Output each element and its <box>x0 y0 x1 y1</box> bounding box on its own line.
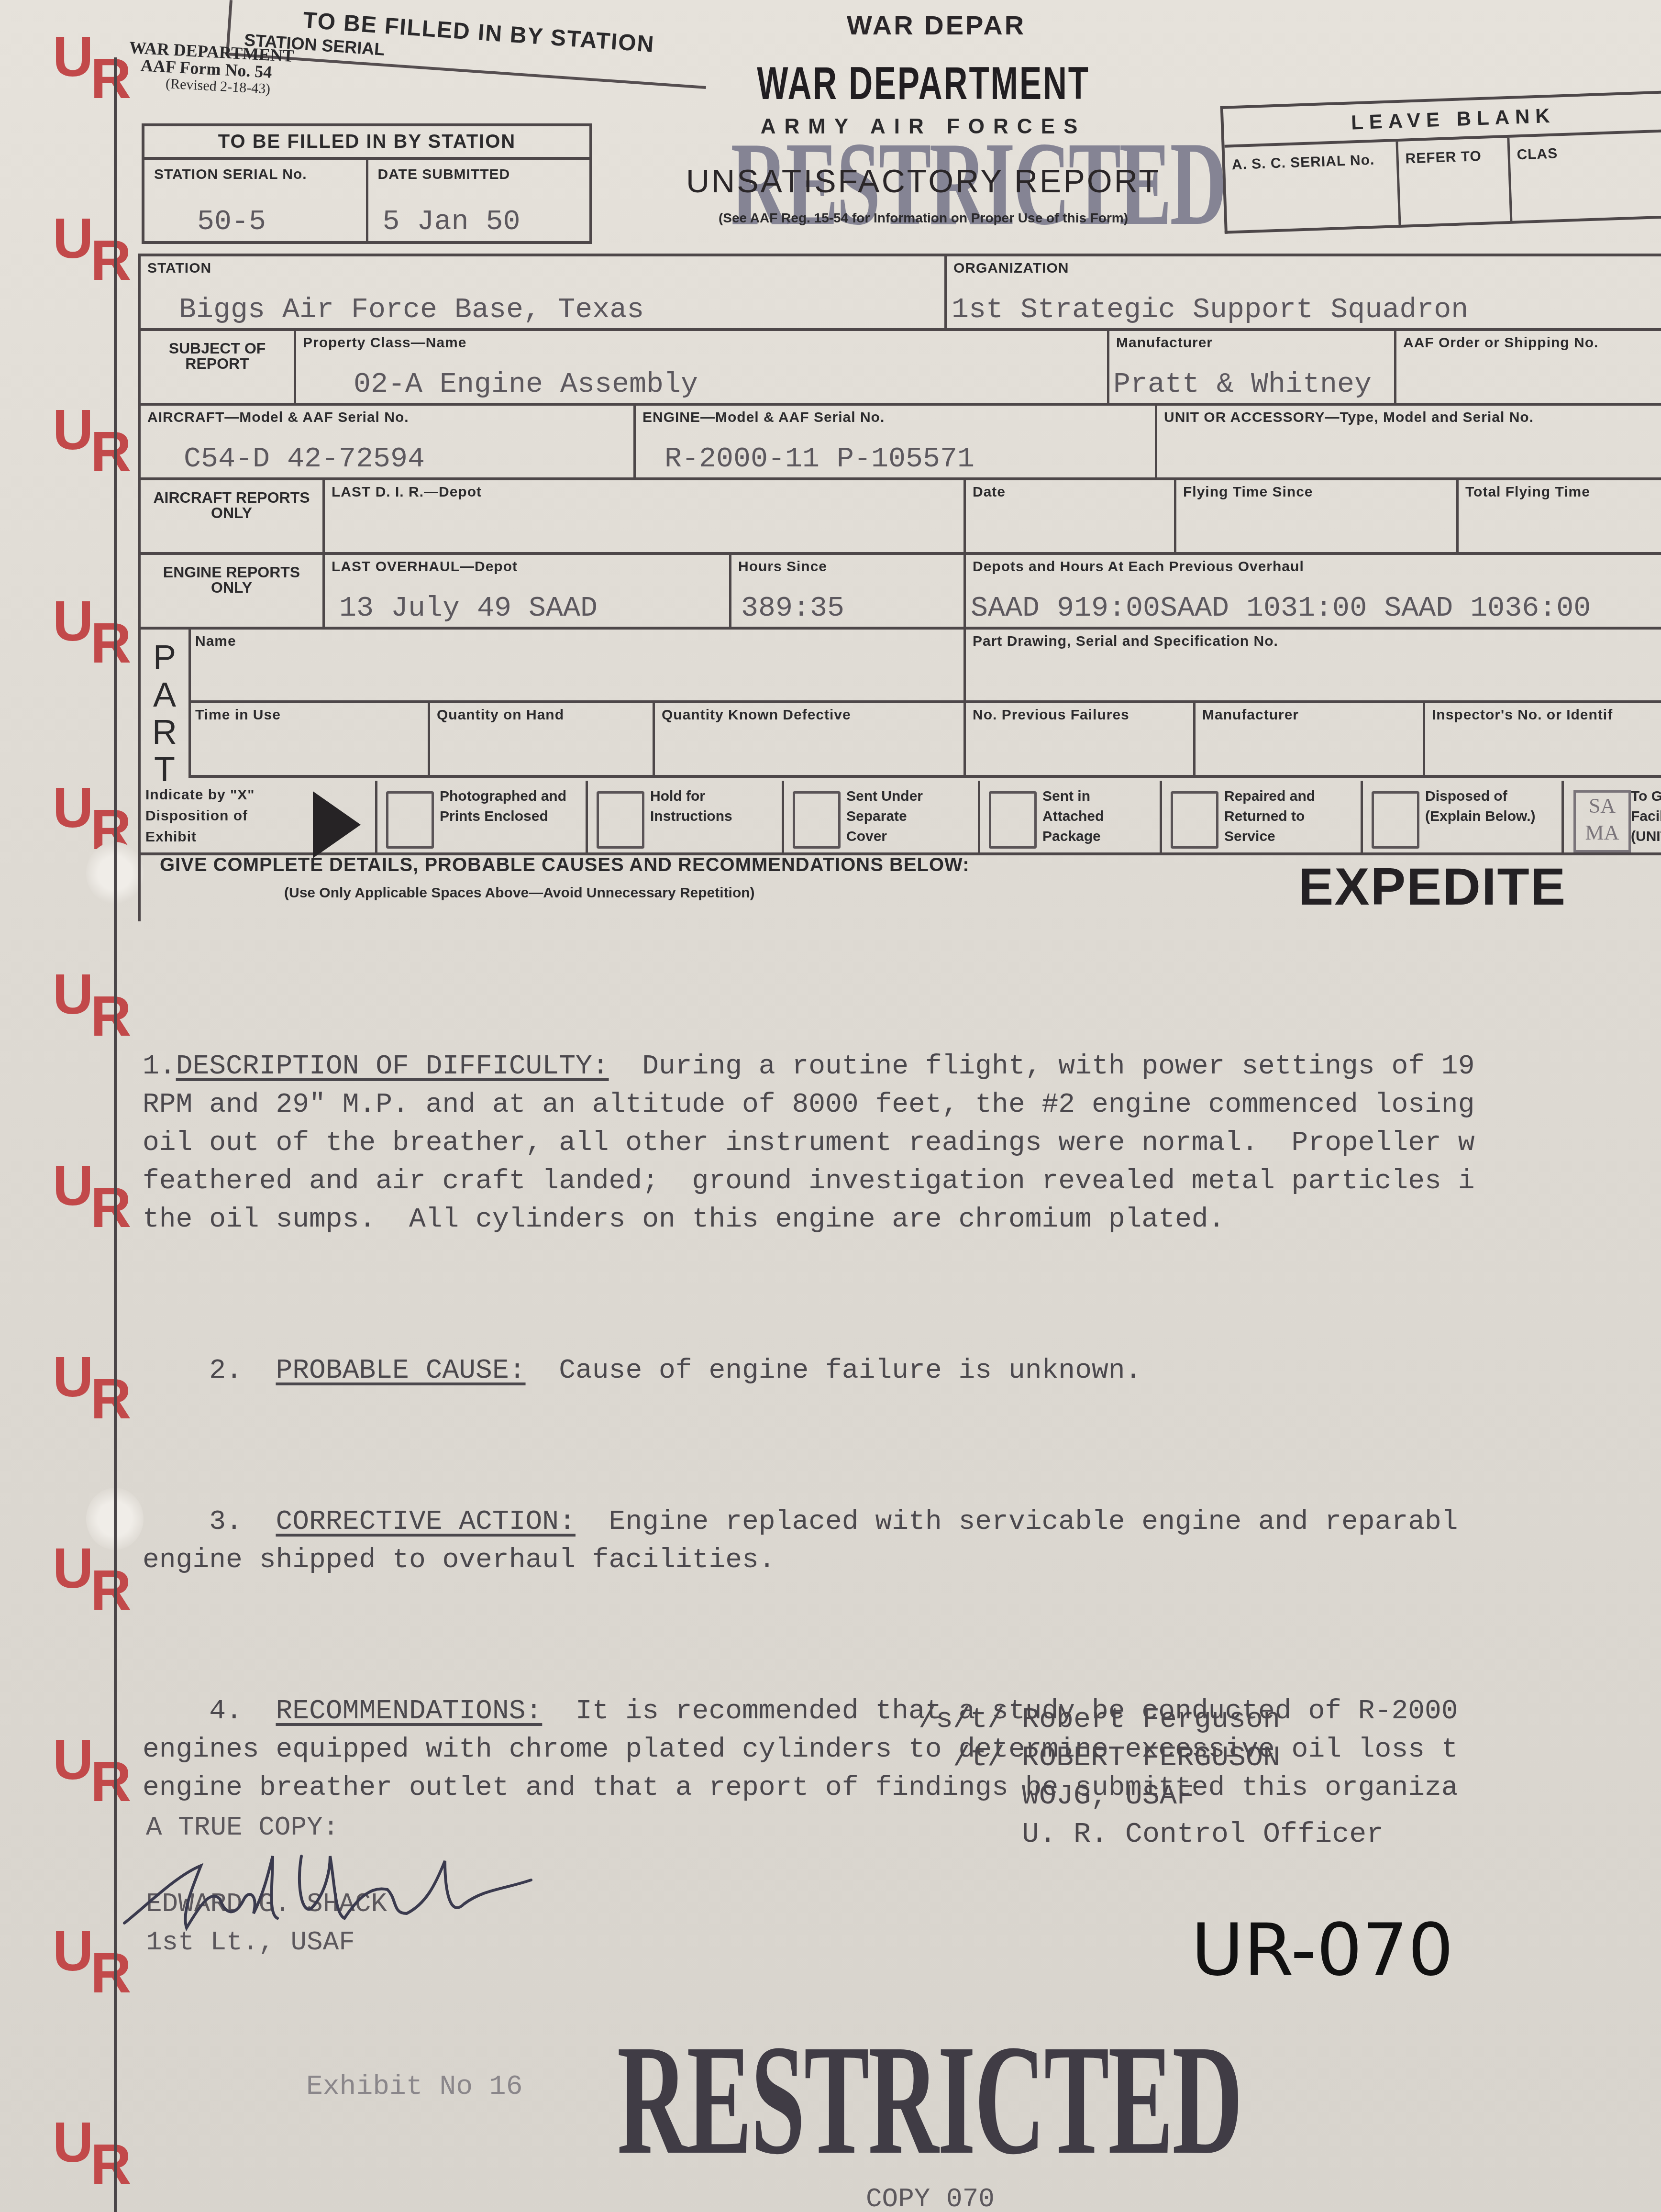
paragraph-corrective-action: 3. CORRECTIVE ACTION: Engine replaced wi… <box>143 1503 1661 1580</box>
description-heading: DESCRIPTION OF DIFFICULTY: <box>176 1051 609 1082</box>
title-department: WAR DEPARTMENT <box>713 57 1133 110</box>
asc-serial-field[interactable]: A. S. C. SERIAL No. <box>1225 142 1399 231</box>
form-row-aircraft-reports: AIRCRAFT REPORTS ONLY LAST D. I. R.—Depo… <box>141 480 1661 555</box>
form-row-station: STATION Biggs Air Force Base, Texas ORGA… <box>141 256 1661 331</box>
dir-date-field[interactable]: Date <box>963 480 1174 552</box>
form-part-section: P A R T Name Part Drawing, Serial and Sp… <box>141 630 1661 778</box>
disposition-option-label: Repaired and Returned to Service <box>1224 786 1349 847</box>
station-serial-label: STATION SERIAL No. <box>154 166 356 183</box>
signer-rank: WOJG, USAF <box>919 1780 1194 1813</box>
date-submitted-label: DATE SUBMITTED <box>378 166 580 183</box>
inspector-id-label: Inspector's No. or Identif <box>1432 707 1657 723</box>
property-class-label: Property Class—Name <box>303 335 1100 351</box>
total-flying-time-field[interactable]: Total Flying Time <box>1456 480 1661 552</box>
manufacturer-label: Manufacturer <box>1116 335 1387 351</box>
underlying-sheet-heading: WAR DEPAR <box>847 10 1026 41</box>
unit-accessory-field[interactable]: UNIT OR ACCESSORY—Type, Model and Serial… <box>1155 406 1661 477</box>
disposition-option-label: Disposed of (Explain Below.) <box>1425 786 1540 827</box>
title-report-type: UNSATISFACTORY REPORT <box>631 163 1215 200</box>
ur-mark: UR <box>53 1732 134 1788</box>
part-name-label: Name <box>195 633 957 650</box>
ur-mark: UR <box>53 966 134 1023</box>
property-class-value: 02-A Engine Assembly <box>354 368 698 401</box>
disposition-option-separate-cover[interactable]: Sent Under Separate Cover <box>782 781 978 852</box>
time-in-use-label: Time in Use <box>195 707 421 723</box>
last-overhaul-field[interactable]: LAST OVERHAUL—Depot 13 July 49 SAAD <box>322 555 729 627</box>
ur-mark: UR <box>53 1349 134 1405</box>
checkbox[interactable] <box>1372 791 1419 849</box>
handwritten-signature-icon <box>120 1847 550 1933</box>
dir-date-label: Date <box>973 484 1167 500</box>
leave-blank-box: LEAVE BLANK A. S. C. SERIAL No. REFER TO… <box>1220 90 1661 234</box>
recommendations-heading: RECOMMENDATIONS: <box>276 1696 542 1727</box>
ur-document-number: UR-070 <box>1191 1909 1453 1992</box>
property-class-field[interactable]: Property Class—Name 02-A Engine Assembly <box>294 331 1107 403</box>
form-row-part-name: Name Part Drawing, Serial and Specificat… <box>188 630 1661 703</box>
station-serial-field[interactable]: STATION SERIAL No. 50-5 <box>144 160 366 241</box>
time-in-use-field[interactable]: Time in Use <box>188 703 428 775</box>
true-copy-label: A TRUE COPY: <box>146 1812 339 1843</box>
engine-model-label: ENGINE—Model & AAF Serial No. <box>642 409 1148 426</box>
flying-time-since-label: Flying Time Since <box>1183 484 1450 500</box>
aircraft-model-label: AIRCRAFT—Model & AAF Serial No. <box>147 409 627 426</box>
disposition-option-facility[interactable]: SA MA To G Facil (UNIT <box>1561 781 1661 852</box>
quantity-defective-label: Quantity Known Defective <box>662 707 957 723</box>
inspector-id-field[interactable]: Inspector's No. or Identif <box>1423 703 1661 775</box>
aircraft-reports-only-label: AIRCRAFT REPORTS ONLY <box>141 480 322 552</box>
disposition-option-label: Hold for Instructions <box>650 786 775 827</box>
details-header: GIVE COMPLETE DETAILS, PROBABLE CAUSES A… <box>141 845 1661 917</box>
part-drawing-field[interactable]: Part Drawing, Serial and Specification N… <box>963 630 1661 700</box>
date-submitted-value: 5 Jan 50 <box>383 206 520 238</box>
corrective-action-heading: CORRECTIVE ACTION: <box>276 1506 576 1537</box>
last-dir-label: LAST D. I. R.—Depot <box>332 484 957 500</box>
ur-mark: UR <box>53 2114 134 2171</box>
paragraph-description: 1.DESCRIPTION OF DIFFICULTY: During a ro… <box>143 1048 1661 1239</box>
total-flying-time-label: Total Flying Time <box>1465 484 1657 500</box>
ur-margin-strip: UR UR UR UR UR UR UR UR UR UR UR UR <box>0 0 115 2212</box>
details-heading: GIVE COMPLETE DETAILS, PROBABLE CAUSES A… <box>160 854 969 876</box>
form-row-engine-reports: ENGINE REPORTS ONLY LAST OVERHAUL—Depot … <box>141 555 1661 630</box>
copy-number: COPY 070 <box>866 2184 995 2212</box>
hours-since-label: Hours Since <box>738 559 957 575</box>
disposition-option-photographed[interactable]: Photographed and Prints Enclosed <box>375 781 586 852</box>
form-identifier: WAR DEPARTMENT AAF Form No. 54 (Revised … <box>127 39 294 99</box>
ur-mark: UR <box>53 402 134 458</box>
margin-rule <box>114 57 117 2212</box>
organization-value: 1st Strategic Support Squadron <box>952 294 1468 326</box>
manufacturer-value: Pratt & Whitney <box>1113 368 1372 401</box>
disposition-option-label: Photographed and Prints Enclosed <box>440 786 578 827</box>
engine-reports-only-label: ENGINE REPORTS ONLY <box>141 555 322 627</box>
previous-overhauls-value: SAAD 919:00SAAD 1031:00 SAAD 1036:00 <box>971 592 1591 625</box>
station-fill-box: TO BE FILLED IN BY STATION STATION SERIA… <box>142 123 592 244</box>
last-overhaul-value: 13 July 49 SAAD <box>339 592 598 625</box>
engine-model-value: R-2000-11 P-105571 <box>664 443 974 476</box>
unit-accessory-label: UNIT OR ACCESSORY—Type, Model and Serial… <box>1164 409 1657 426</box>
refer-to-field[interactable]: REFER TO <box>1395 138 1510 225</box>
ur-mark: UR <box>53 29 134 85</box>
order-shipping-field[interactable]: AAF Order or Shipping No. <box>1394 331 1661 403</box>
part-name-field[interactable]: Name <box>188 630 963 700</box>
form-row-disposition: Indicate by "X" Disposition of Exhibit P… <box>141 781 1661 855</box>
previous-overhauls-label: Depots and Hours At Each Previous Overha… <box>973 559 1657 575</box>
quantity-on-hand-label: Quantity on Hand <box>437 707 646 723</box>
previous-overhauls-field[interactable]: Depots and Hours At Each Previous Overha… <box>963 555 1661 627</box>
exhibit-number: Exhibit No 16 <box>306 2071 522 2102</box>
aircraft-model-value: C54-D 42-72594 <box>184 443 425 476</box>
previous-failures-label: No. Previous Failures <box>973 707 1186 723</box>
part-vertical-label: P A R T <box>141 630 191 778</box>
hours-since-value: 389:35 <box>741 592 844 625</box>
flying-time-since-field[interactable]: Flying Time Since <box>1174 480 1456 552</box>
ur-mark: UR <box>53 210 134 267</box>
station-serial-value: 50-5 <box>197 206 266 238</box>
signer-name: /t/ ROBERT FERGUSON <box>919 1742 1280 1774</box>
disposition-option-repaired[interactable]: Repaired and Returned to Service <box>1160 781 1361 852</box>
engine-model-field[interactable]: ENGINE—Model & AAF Serial No. R-2000-11 … <box>633 406 1155 477</box>
organization-label: ORGANIZATION <box>953 260 1657 276</box>
form-row-part-details: Time in Use Quantity on Hand Quantity Kn… <box>188 703 1661 778</box>
station-box-header: TO BE FILLED IN BY STATION <box>144 126 589 160</box>
last-dir-field[interactable]: LAST D. I. R.—Depot <box>322 480 963 552</box>
previous-failures-field[interactable]: No. Previous Failures <box>963 703 1193 775</box>
report-form-grid: STATION Biggs Air Force Base, Texas ORGA… <box>138 254 1661 921</box>
disposition-option-disposed[interactable]: Disposed of (Explain Below.) <box>1361 781 1561 852</box>
report-title-block: WAR DEPARTMENT ARMY AIR FORCES RESTRICTE… <box>631 57 1215 239</box>
part-manufacturer-label: Manufacturer <box>1202 707 1416 723</box>
ur-mark: UR <box>53 593 134 650</box>
disposition-instruction: Indicate by "X" Disposition of Exhibit <box>141 781 375 852</box>
title-regulation-note: (See AAF Reg. 15-54 for Information on P… <box>617 210 1229 226</box>
checkbox[interactable] <box>989 791 1037 849</box>
details-subheading: (Use Only Applicable Spaces Above—Avoid … <box>284 885 755 901</box>
disposition-option-label: Sent Under Separate Cover <box>846 786 942 847</box>
manufacturer-field[interactable]: Manufacturer Pratt & Whitney <box>1107 331 1394 403</box>
signature-block: /s/t/ Robert Ferguson /t/ ROBERT FERGUSO… <box>919 1701 1384 1854</box>
subject-of-report-label: SUBJECT OF REPORT <box>141 331 294 403</box>
station-field[interactable]: STATION Biggs Air Force Base, Texas <box>141 256 944 328</box>
paragraph-probable-cause: 2. PROBABLE CAUSE: Cause of engine failu… <box>143 1352 1661 1390</box>
checkbox[interactable] <box>1171 791 1218 849</box>
disposition-option-label: To G Facil (UNIT <box>1631 786 1661 847</box>
class-field[interactable]: CLAS <box>1507 134 1621 221</box>
aircraft-model-field[interactable]: AIRCRAFT—Model & AAF Serial No. C54-D 42… <box>141 406 633 477</box>
station-label: STATION <box>147 260 938 276</box>
ur-mark: UR <box>53 780 134 836</box>
disposition-option-attached-package[interactable]: Sent in Attached Package <box>978 781 1160 852</box>
organization-field[interactable]: ORGANIZATION 1st Strategic Support Squad… <box>944 256 1661 328</box>
sama-stamp: SA MA <box>1573 790 1631 852</box>
restricted-stamp-bottom: RESTRICTED <box>617 2033 1242 2167</box>
probable-cause-heading: PROBABLE CAUSE: <box>276 1355 525 1386</box>
station-value: Biggs Air Force Base, Texas <box>179 294 644 326</box>
form-row-aircraft: AIRCRAFT—Model & AAF Serial No. C54-D 42… <box>141 406 1661 480</box>
form-row-subject: SUBJECT OF REPORT Property Class—Name 02… <box>141 331 1661 406</box>
quantity-defective-field[interactable]: Quantity Known Defective <box>653 703 963 775</box>
part-manufacturer-field[interactable]: Manufacturer <box>1193 703 1423 775</box>
quantity-on-hand-field[interactable]: Quantity on Hand <box>428 703 653 775</box>
expedite-stamp: EXPEDITE <box>1298 856 1566 917</box>
hours-since-field[interactable]: Hours Since 389:35 <box>729 555 963 627</box>
signer-title: U. R. Control Officer <box>919 1818 1384 1851</box>
checkbox[interactable] <box>597 791 644 849</box>
document-page: UR UR UR UR UR UR UR UR UR UR UR UR TO B… <box>0 0 1661 2212</box>
paragraph-recommendations: 4. RECOMMENDATIONS: It is recommended th… <box>143 1692 1661 1807</box>
order-shipping-label: AAF Order or Shipping No. <box>1403 335 1657 351</box>
disposition-option-label: Sent in Attached Package <box>1042 786 1138 847</box>
disposition-label: Indicate by "X" Disposition of Exhibit <box>145 785 289 848</box>
disposition-option-hold[interactable]: Hold for Instructions <box>586 781 782 852</box>
signature-line: /s/t/ Robert Ferguson <box>919 1703 1280 1736</box>
checkbox[interactable] <box>386 791 434 849</box>
ur-mark: UR <box>53 1158 134 1214</box>
checkbox[interactable] <box>793 791 841 849</box>
part-drawing-label: Part Drawing, Serial and Specification N… <box>973 633 1657 650</box>
last-overhaul-label: LAST OVERHAUL—Depot <box>332 559 722 575</box>
date-submitted-field[interactable]: DATE SUBMITTED 5 Jan 50 <box>366 160 590 241</box>
report-body: 1.DESCRIPTION OF DIFFICULTY: During a ro… <box>143 971 1661 1920</box>
